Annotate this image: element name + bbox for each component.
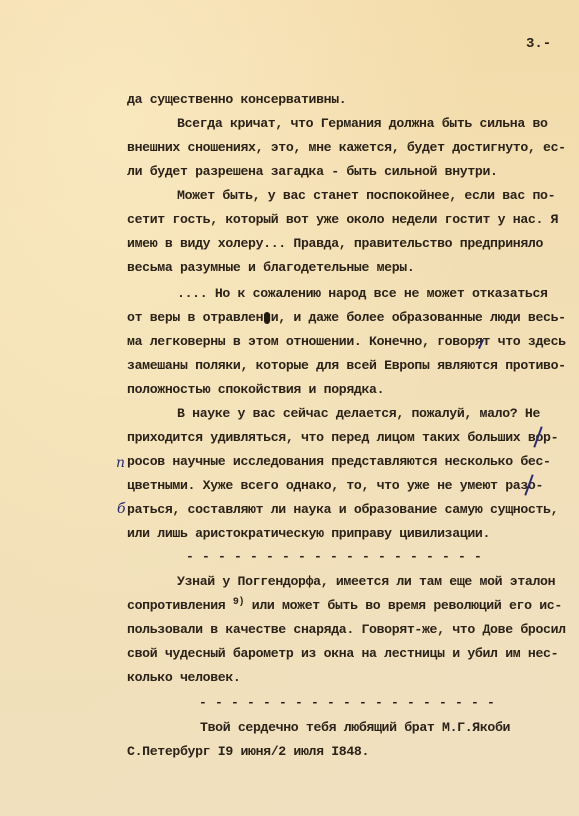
place-date: С.Петербург I9 июня/2 июля I848. [127,744,369,760]
text-line: сетит гость, который вот уже около недел… [127,212,558,228]
page-number: 3.- [526,36,551,52]
text-line: ли будет разрешена загадка - быть сильно… [127,164,498,180]
text-line: Может быть, у вас станет поспокойнее, ес… [177,188,555,204]
text-line: цветными. Хуже всего однако, то, что уже… [127,478,543,494]
text-line: Всегда кричат, что Германия должна быть … [177,116,548,132]
text-line: внешних сношениях, это, мне кажется, буд… [127,140,566,156]
handwritten-letter-p: п [116,455,125,471]
text-line: сопротивления 9) или может быть во время… [127,598,562,616]
text-line: имею в виду холеру... Правда, правительс… [127,236,543,252]
text-line: приходится удивляться, что перед лицом т… [127,430,558,446]
text-line: свой чудесный барометр из окна на лестни… [127,646,558,662]
text-line: или лишь аристократическую приправу циви… [127,526,490,542]
text-line: ма легковерны в этом отношении. Конечно,… [127,334,566,350]
closing-signature: Твой сердечно тебя любящий брат М.Г.Якоб… [200,720,510,736]
text-line: да существенно консервативны. [127,92,346,108]
separator-line: - - - - - - - - - - - - - - - - - - - [199,695,495,710]
text-segment: или может быть во время революций его ис… [244,598,562,613]
text-line: .... Но к сожалению народ все не может о… [177,286,548,302]
text-line: положностью спокойствия и порядка. [127,382,384,398]
text-line: весьма разумные и благодетельные меры. [127,260,414,276]
text-line: В науке у вас сейчас делается, пожалуй, … [177,406,540,422]
text-line: росов научные исследования представляютс… [127,454,551,470]
text-line: пользовали в качестве снаряда. Говорят-ж… [127,622,566,638]
text-line: Узнай у Поггендорфа, имеется ли там еще … [177,574,555,590]
ink-blot [264,312,270,324]
separator-line: - - - - - - - - - - - - - - - - - - - [186,549,482,564]
text-line: от веры в отравлении, и даже более образ… [127,310,566,326]
footnote-marker: 9) [233,597,244,608]
handwritten-letter-b: б [117,501,126,517]
text-segment: сопротивления [127,598,233,613]
text-line: раться, составляют ли наука и образовани… [127,502,558,518]
document-page: 3.- да существенно консервативны. Всегда… [0,0,579,816]
text-line: колько человек. [127,670,240,686]
text-line: замешаны поляки, которые для всей Европы… [127,358,566,374]
